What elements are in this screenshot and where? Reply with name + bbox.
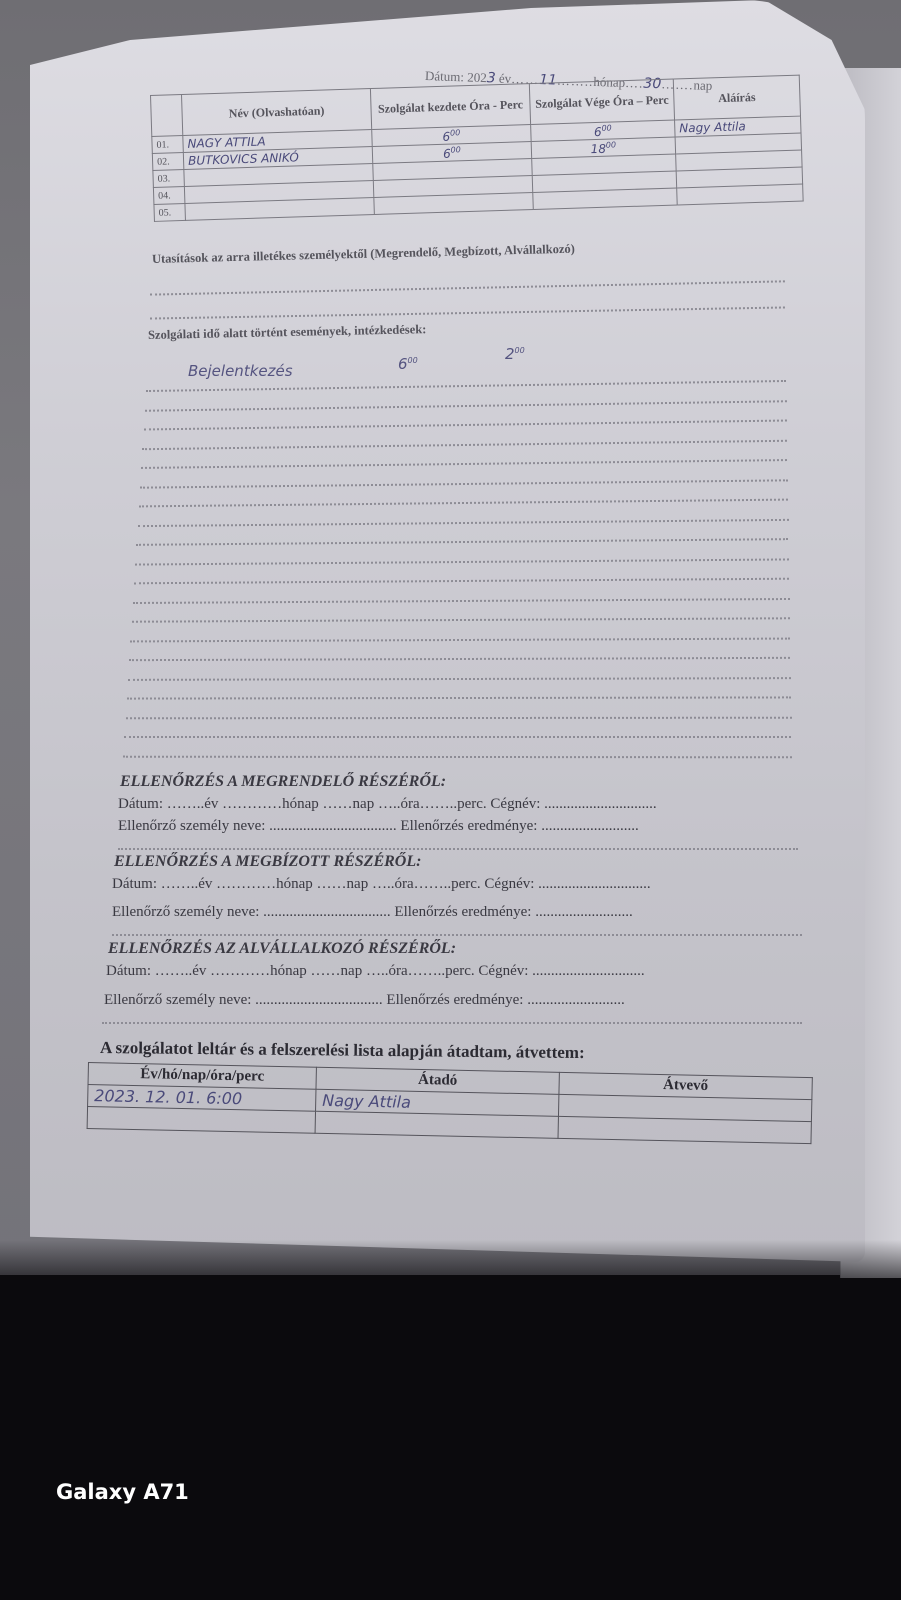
events-ruled-line: [142, 439, 786, 449]
events-ruled-line: [129, 657, 790, 661]
check-person-line-subcontractor: Ellenőrző személy neve: ................…: [104, 992, 625, 1009]
events-ruled-line: [132, 617, 790, 622]
events-ruled-line: [138, 518, 788, 526]
check-date-line-client: Dátum: ……..év …………hónap ……nap …..óra……..…: [118, 796, 657, 813]
events-ruled-line: [146, 380, 786, 392]
staff-shift-table: Név (Olvashatóan) Szolgálat kezdete Óra …: [150, 75, 804, 222]
events-ruled-line: [128, 677, 791, 681]
events-entry-text: Bejelentkezés: [188, 362, 293, 380]
service-log-document: Dátum: 2023 év……11……..hónap….30…….nap Né…: [0, 0, 901, 1260]
check-separator: [118, 848, 798, 850]
events-entry-time1: 600: [398, 355, 418, 373]
check-date-line-subcontractor: Dátum: ……..év …………hónap ……nap …..óra……..…: [106, 963, 645, 980]
col-start: Szolgálat kezdete Óra - Perc: [370, 84, 530, 130]
check-separator: [112, 934, 802, 936]
col-number: [151, 95, 183, 137]
check-person-line-client: Ellenőrző személy neve: ................…: [118, 818, 639, 835]
events-label: Szolgálati idő alatt történt események, …: [148, 322, 427, 343]
handover-giver: [315, 1111, 558, 1138]
start-time: [374, 193, 533, 215]
events-ruled-line: [145, 400, 786, 412]
handover-datetime: [87, 1107, 315, 1134]
row-number: 02.: [152, 152, 184, 170]
table-surface-shadow: [0, 1240, 901, 1300]
events-ruled-line: [127, 696, 791, 699]
instructions-line: [150, 280, 785, 295]
handover-receiver: [558, 1116, 811, 1143]
check-separator: [102, 1022, 802, 1024]
events-ruled-line: [136, 538, 788, 546]
handover-table: Év/hó/nap/óra/perc Átadó Átvevő 2023. 12…: [87, 1062, 813, 1144]
events-ruled-line: [126, 716, 792, 719]
instructions-line: [150, 306, 785, 319]
events-ruled-line: [140, 479, 787, 488]
events-ruled-line: [134, 578, 789, 585]
check-title-contractor: ELLENŐRZÉS A MEGBÍZOTT RÉSZÉRŐL:: [114, 853, 421, 871]
events-ruled-line: [141, 459, 787, 469]
row-number: 03.: [153, 169, 185, 187]
col-name: Név (Olvashatóan): [182, 89, 372, 136]
events-ruled-line: [123, 755, 792, 758]
instructions-label: Utasítások az arra illetékes személyektő…: [152, 242, 575, 267]
row-number: 04.: [153, 186, 185, 204]
camera-watermark: Galaxy A71: [56, 1480, 189, 1504]
col-end: Szolgálat Vége Óra – Perc: [529, 79, 674, 125]
events-ruled-line: [130, 637, 790, 642]
events-ruled-line: [135, 558, 788, 565]
row-number: 05.: [154, 203, 186, 221]
col-signature: Aláírás: [673, 75, 800, 120]
check-date-line-contractor: Dátum: ……..év …………hónap ……nap …..óra……..…: [112, 876, 651, 893]
events-ruled-line: [124, 736, 791, 738]
end-time: [533, 188, 677, 210]
events-entry-time2: 200: [505, 345, 525, 363]
check-title-client: ELLENŐRZÉS A MEGRENDELŐ RÉSZÉRŐL:: [120, 773, 446, 791]
handover-title: A szolgálatot leltár és a felszerelési l…: [100, 1038, 585, 1063]
signature: [677, 184, 803, 205]
row-number: 01.: [152, 135, 184, 153]
check-title-subcontractor: ELLENŐRZÉS AZ ALVÁLLALKOZÓ RÉSZÉRŐL:: [108, 940, 456, 958]
date-label: Dátum:: [425, 68, 464, 84]
check-person-line-contractor: Ellenőrző személy neve: ................…: [112, 904, 633, 921]
year-prefix: 202: [467, 69, 487, 85]
events-ruled-line: [144, 420, 787, 431]
events-ruled-line: [133, 597, 790, 603]
events-ruled-line: [139, 499, 788, 508]
